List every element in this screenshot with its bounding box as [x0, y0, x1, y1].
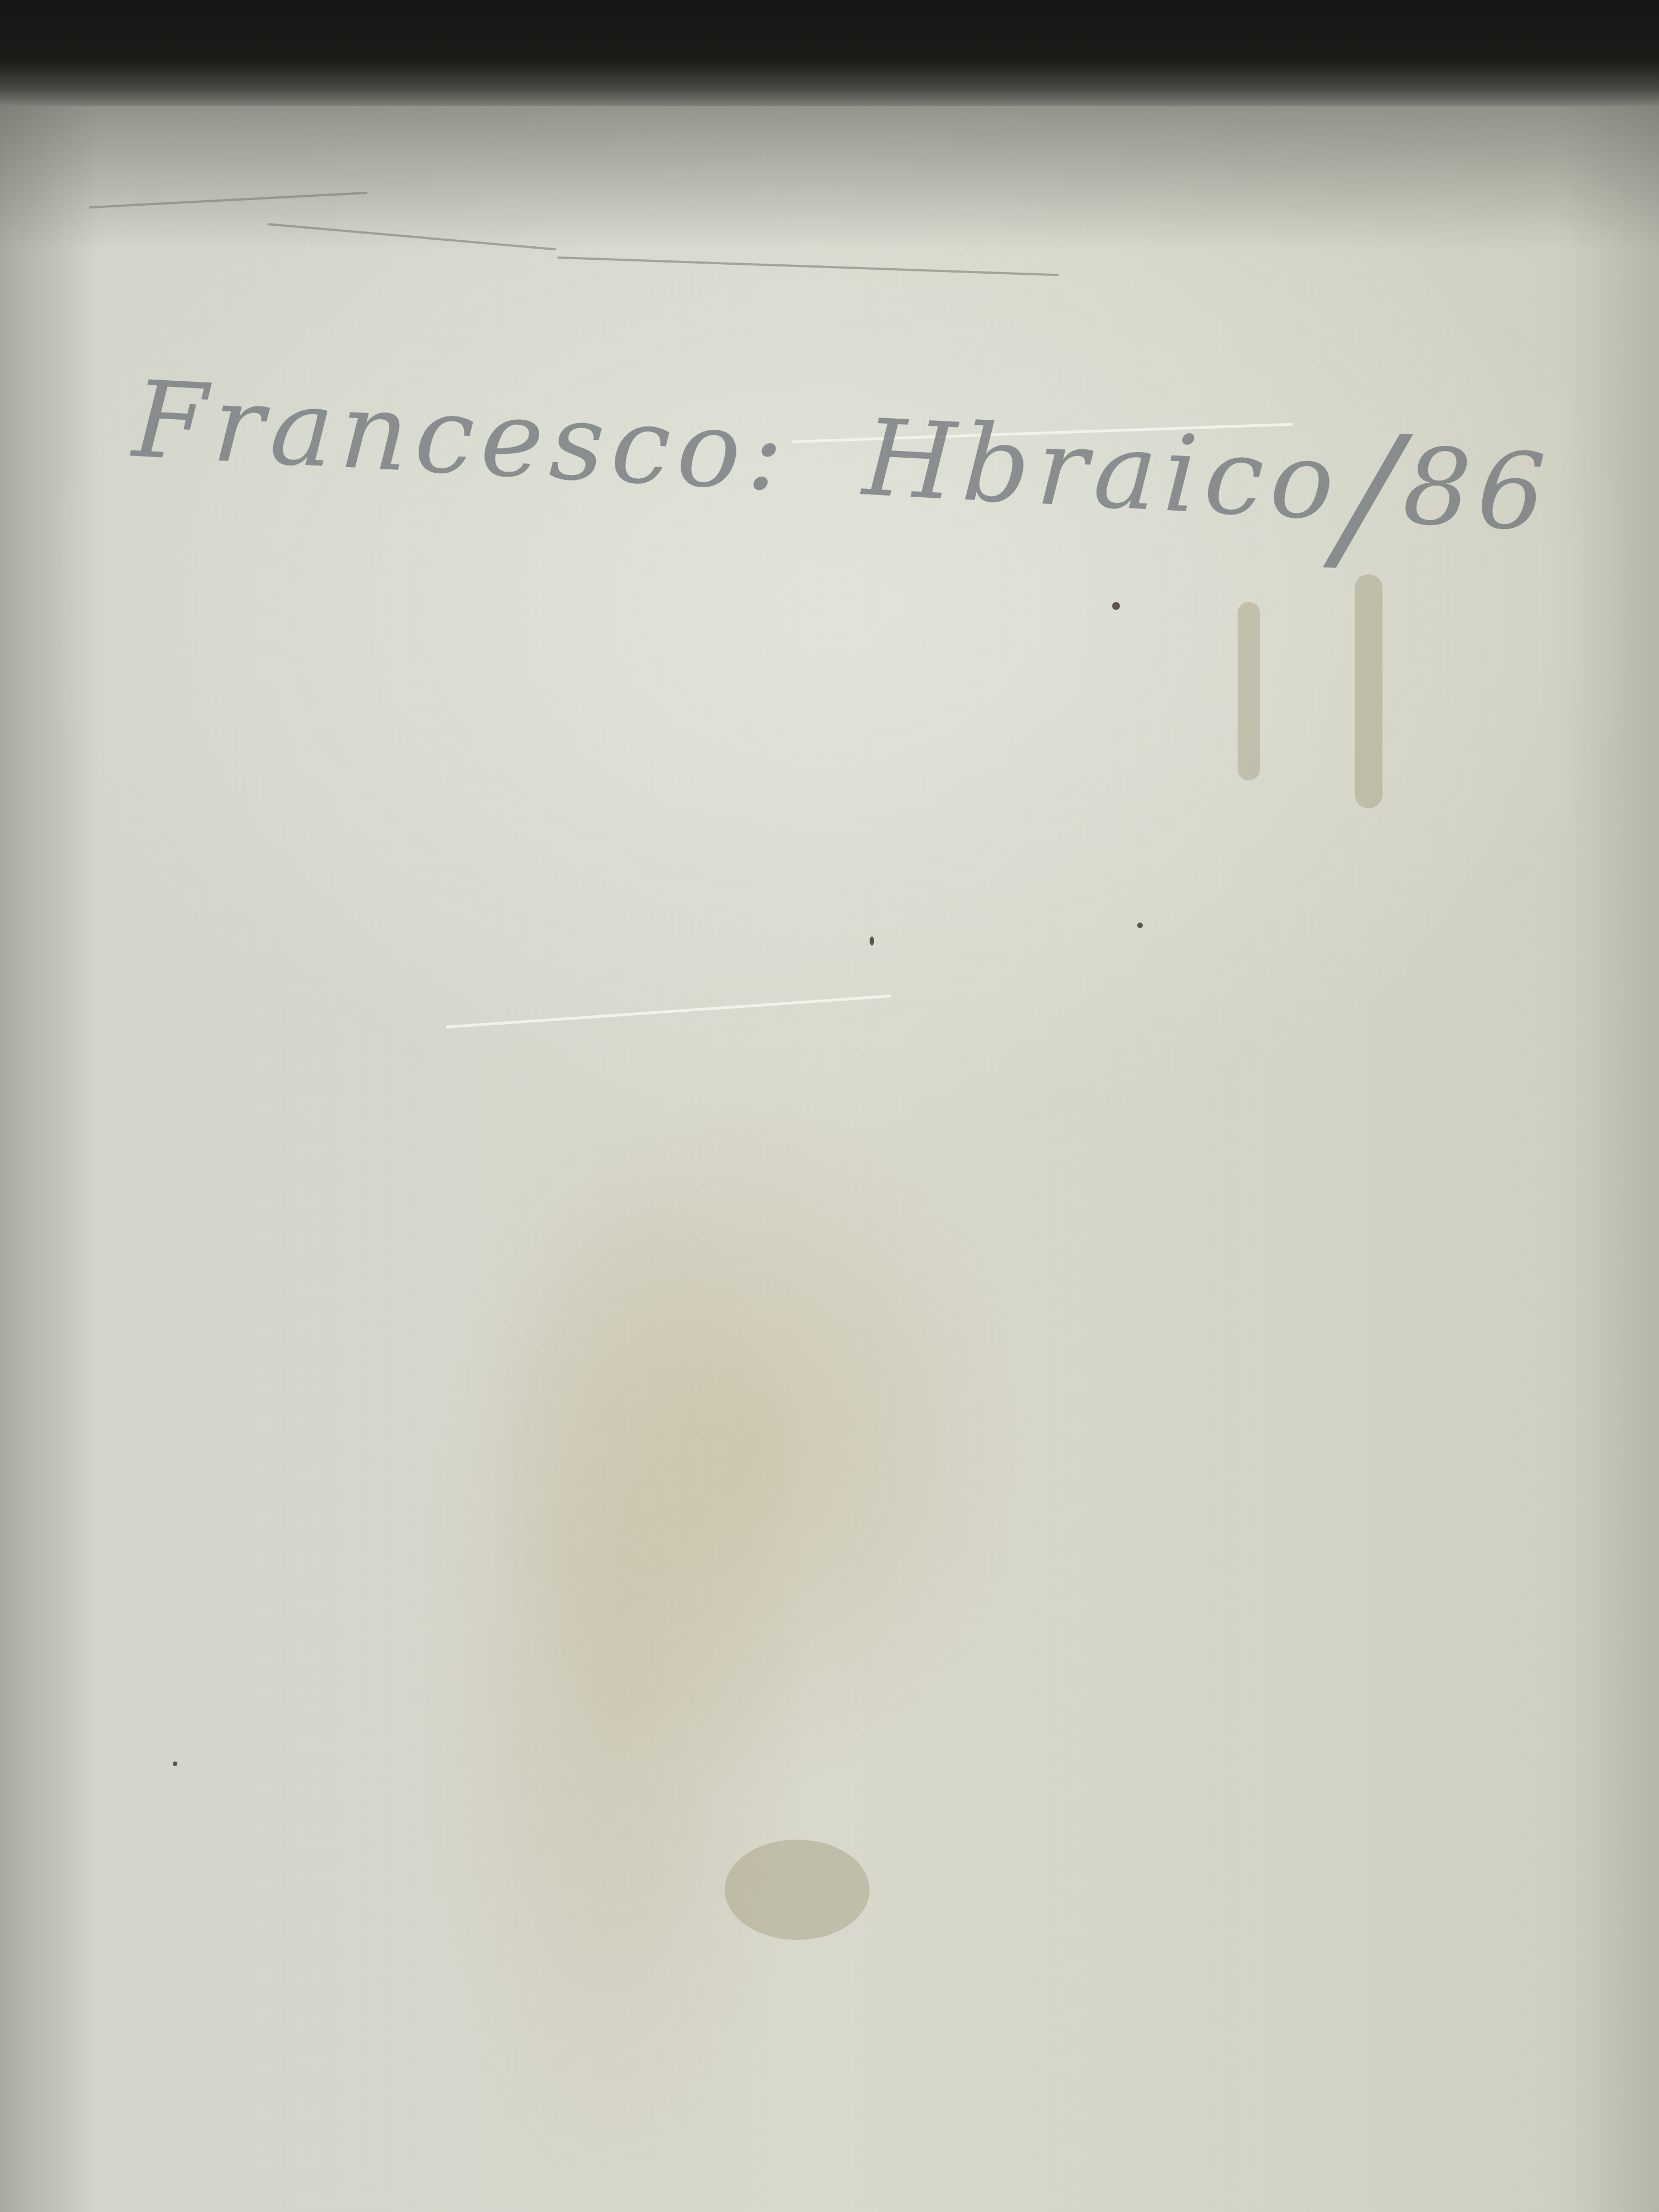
- water-stain: [725, 1840, 870, 1940]
- water-stain: [1238, 602, 1260, 780]
- water-stain: [1355, 574, 1382, 808]
- inscription-number: 86: [1400, 424, 1555, 555]
- paper-speck: [1137, 923, 1143, 928]
- frame-shadow: [0, 106, 1659, 251]
- inscription-name: Francesco:: [130, 358, 793, 515]
- paper-speck: [870, 937, 874, 945]
- inscription-surname: Hbraico: [860, 396, 1343, 545]
- frame-top-edge: [0, 0, 1659, 111]
- paper-speck: [1112, 602, 1120, 610]
- paper-speck: [173, 1762, 177, 1766]
- inscription-separator: /: [1335, 397, 1408, 595]
